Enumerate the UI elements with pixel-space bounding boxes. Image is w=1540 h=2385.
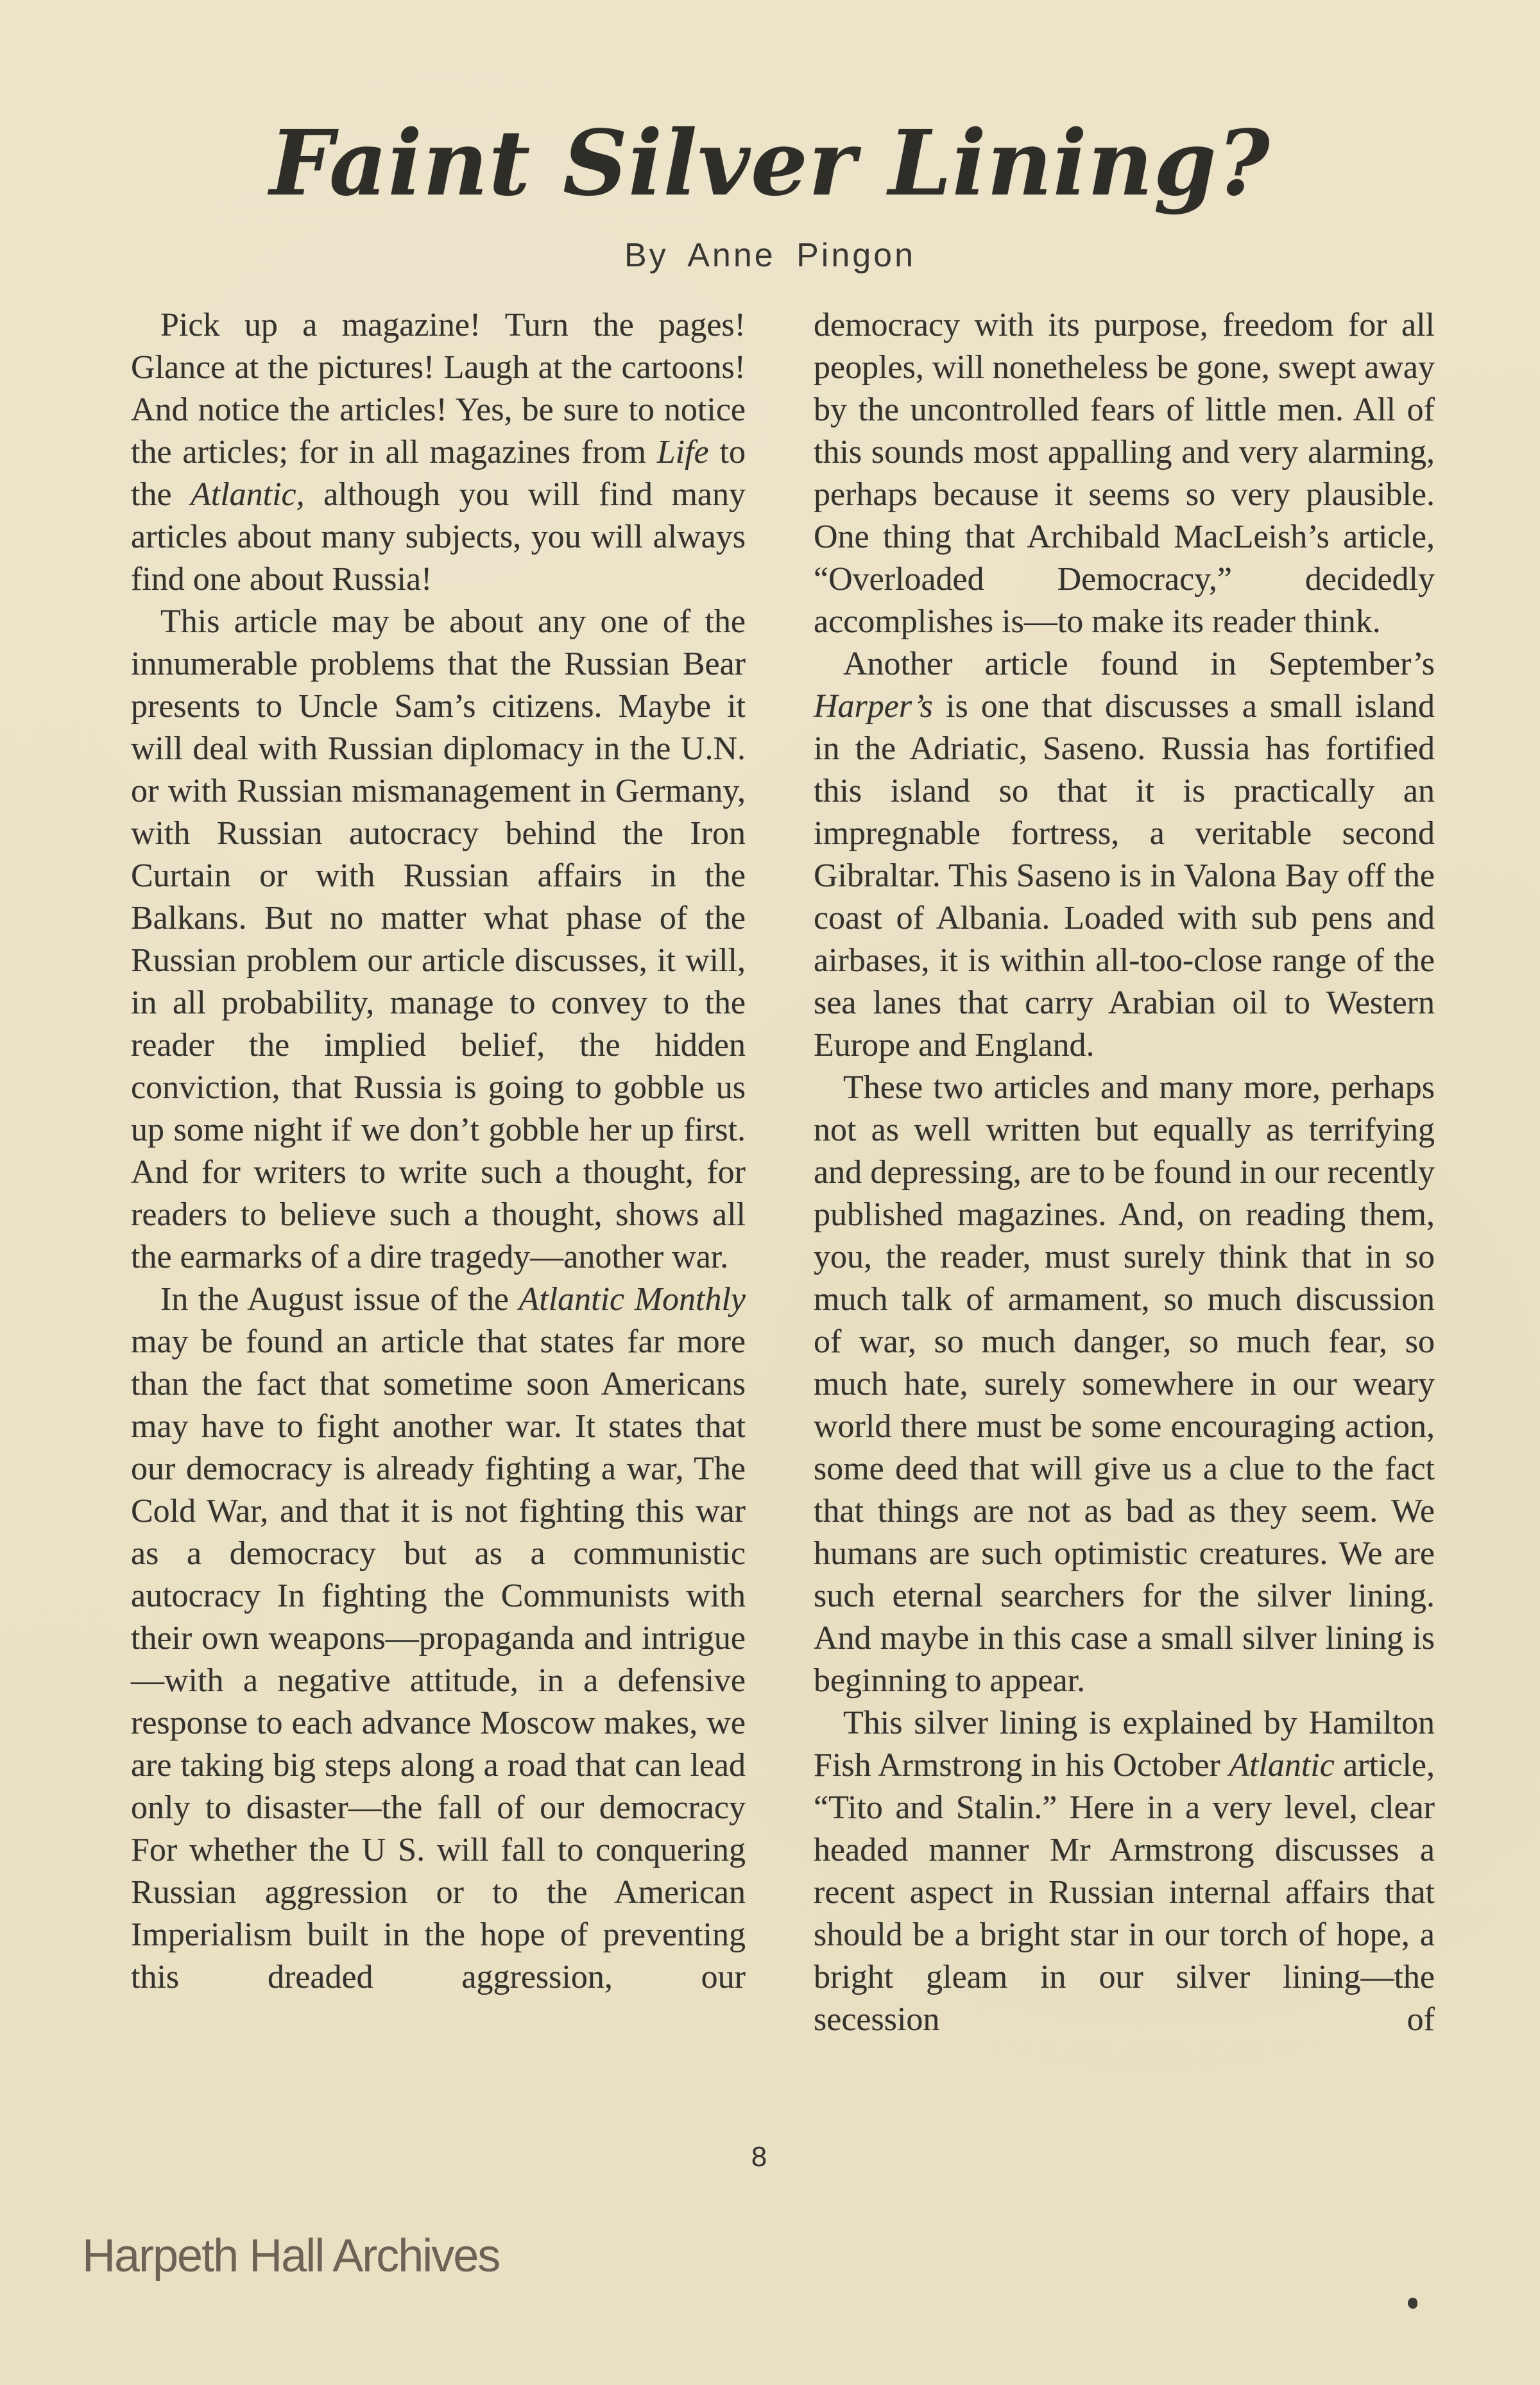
text-run: is one that discusses a small island in … [814,688,1435,1063]
scanned-magazine-page: Faint Silver Lining? By Anne Pingon Pick… [0,0,1540,2385]
article-column-right: democracy with its purpose, freedom for … [814,304,1435,2041]
italic-text-run: Life [657,434,709,470]
page-title: Faint Silver Lining? [0,114,1540,213]
text-run: These two articles and many more, perhap… [814,1069,1435,1699]
paragraph: Pick up a magazine! Turn the pages! Glan… [131,304,746,601]
text-run: Pick up a magazine! Turn the pages! Glan… [131,307,746,470]
text-run: may be found an article that states far … [131,1323,746,1995]
page-number: 8 [751,2141,767,2173]
italic-text-run: Atlantic Monthly [518,1281,746,1318]
paragraph: Another article found in September’s Har… [814,643,1435,1067]
text-run: article, “Tito and Stalin.” Here in a ve… [814,1747,1435,2038]
paragraph: democracy with its purpose, freedom for … [814,304,1435,643]
text-run: In the August issue of the [160,1281,518,1318]
italic-text-run: Atlantic [1229,1747,1335,1784]
paragraph: These two articles and many more, perhap… [814,1067,1435,1702]
italic-text-run: Atlantic, [191,476,305,513]
text-run: democracy with its purpose, freedom for … [814,307,1435,640]
article-column-left: Pick up a magazine! Turn the pages! Glan… [131,304,746,1999]
text-run: This article may be about any one of the… [131,603,746,1275]
text-run: Another article found in September’s [843,646,1435,682]
paragraph: This article may be about any one of the… [131,601,746,1279]
archive-watermark: Harpeth Hall Archives [82,2230,499,2282]
paragraph: This silver lining is explained by Hamil… [814,1702,1435,2041]
ink-dot [1408,2298,1417,2309]
italic-text-run: Harper’s [814,688,933,725]
paragraph: In the August issue of the Atlantic Mont… [131,1279,746,1999]
byline: By Anne Pingon [0,236,1540,275]
